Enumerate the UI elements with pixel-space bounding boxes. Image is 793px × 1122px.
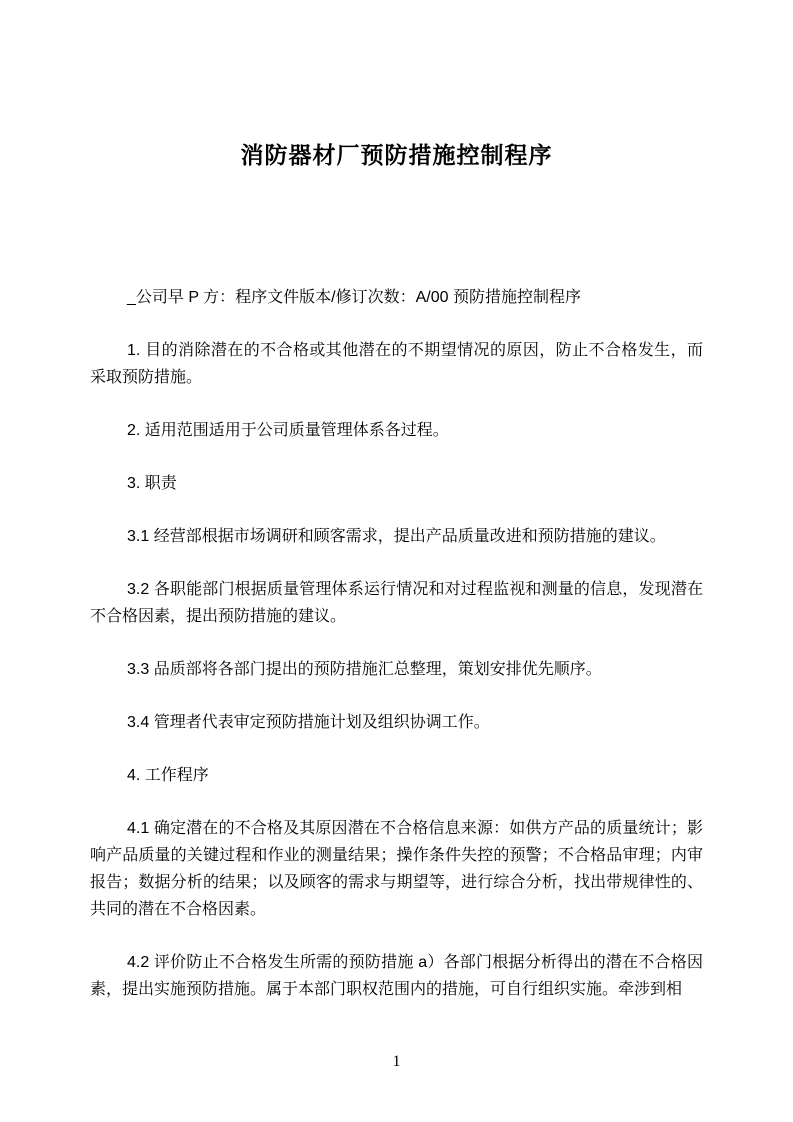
paragraph-procedure-heading: 4. 工作程序 <box>90 762 703 789</box>
document-title: 消防器材厂预防措施控制程序 <box>90 138 703 172</box>
document-page: 消防器材厂预防措施控制程序 _公司早 P 方：程序文件版本/修订次数：A/00 … <box>0 0 793 1122</box>
paragraph-responsibility-3-2: 3.2 各职能部门根据质量管理体系运行情况和对过程监视和测量的信息，发现潜在不合… <box>90 576 703 630</box>
paragraph-purpose: 1. 目的消除潜在的不合格或其他潜在的不期望情况的原因，防止不合格发生，而采取预… <box>90 337 703 391</box>
meta-line: _公司早 P 方：程序文件版本/修订次数：A/00 预防措施控制程序 <box>90 284 703 311</box>
paragraph-procedure-4-2: 4.2 评价防止不合格发生所需的预防措施 a）各部门根据分析得出的潜在不合格因素… <box>90 949 703 1003</box>
paragraph-responsibility-heading: 3. 职责 <box>90 470 703 497</box>
paragraph-responsibility-3-1: 3.1 经营部根据市场调研和顾客需求，提出产品质量改进和预防措施的建议。 <box>90 523 703 550</box>
paragraph-scope: 2. 适用范围适用于公司质量管理体系各过程。 <box>90 417 703 444</box>
paragraph-responsibility-3-3: 3.3 品质部将各部门提出的预防措施汇总整理，策划安排优先顺序。 <box>90 656 703 683</box>
paragraph-procedure-4-1: 4.1 确定潜在的不合格及其原因潜在不合格信息来源：如供方产品的质量统计；影响产… <box>90 815 703 923</box>
paragraph-responsibility-3-4: 3.4 管理者代表审定预防措施计划及组织协调工作。 <box>90 709 703 736</box>
page-number-footer: 1 <box>0 1052 793 1072</box>
